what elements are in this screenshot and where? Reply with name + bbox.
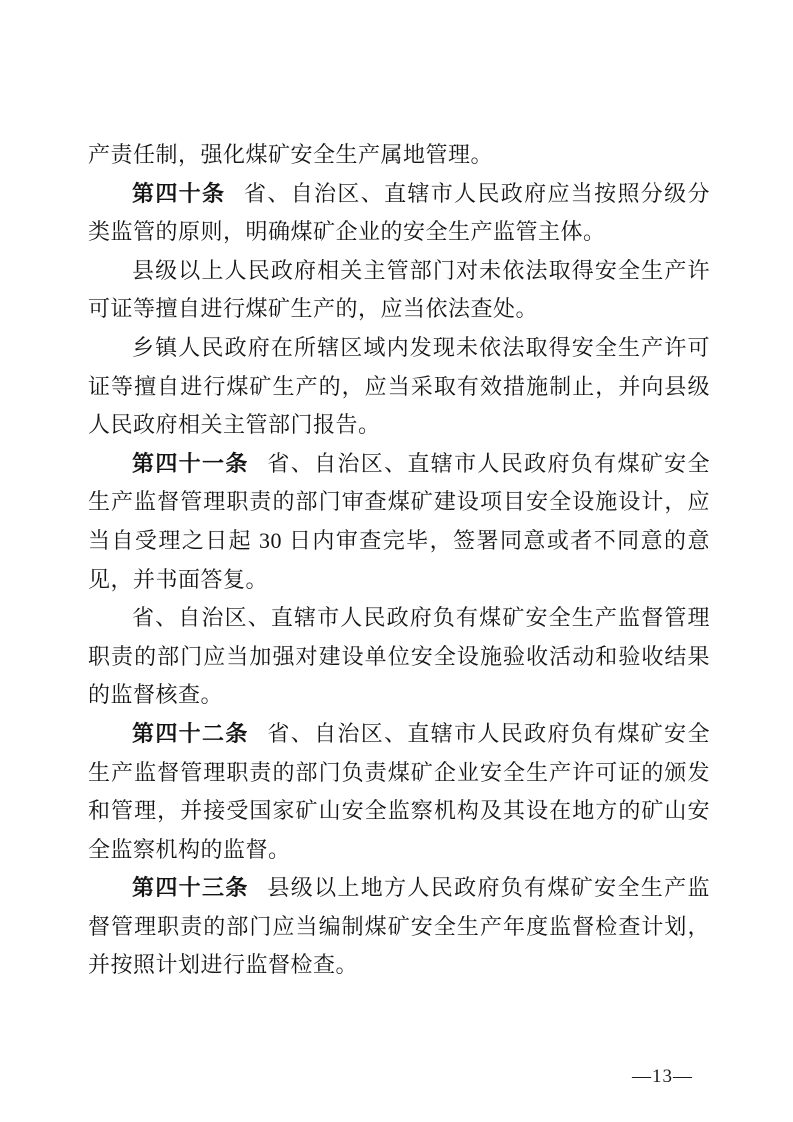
article-42-heading: 第四十二条 [132,721,249,746]
paragraph-article-40-clause-2: 县级以上人民政府相关主管部门对未依法取得安全生产许可证等擅自进行煤矿生产的，应当… [88,252,710,329]
paragraph-article-40-clause-3: 乡镇人民政府在所辖区域内发现未依法取得安全生产许可证等擅自进行煤矿生产的，应当采… [88,329,710,445]
paragraph-article-41: 第四十一条省、自治区、直辖市人民政府负有煤矿安全生产监督管理职责的部门审查煤矿建… [88,445,710,599]
paragraph-text: 乡镇人民政府在所辖区域内发现未依法取得安全生产许可证等擅自进行煤矿生产的，应当采… [88,335,710,437]
article-40-heading: 第四十条 [132,181,225,206]
paragraph-article-42: 第四十二条省、自治区、直辖市人民政府负有煤矿安全生产监督管理职责的部门负责煤矿企… [88,715,710,869]
page-number: —13— [632,1064,693,1090]
paragraph-continuation: 产责任制，强化煤矿安全生产属地管理。 [88,136,710,175]
paragraph-text: 省、自治区、直辖市人民政府负有煤矿安全生产监督管理职责的部门应当加强对建设单位安… [88,605,710,707]
paragraph-article-43: 第四十三条县级以上地方人民政府负有煤矿安全生产监督管理职责的部门应当编制煤矿安全… [88,869,710,985]
paragraph-text: 产责任制，强化煤矿安全生产属地管理。 [88,142,493,167]
article-43-heading: 第四十三条 [132,875,249,900]
document-body: 产责任制，强化煤矿安全生产属地管理。 第四十条省、自治区、直辖市人民政府应当按照… [88,136,710,985]
paragraph-article-41-clause-2: 省、自治区、直辖市人民政府负有煤矿安全生产监督管理职责的部门应当加强对建设单位安… [88,599,710,715]
article-41-heading: 第四十一条 [132,451,249,476]
paragraph-article-40: 第四十条省、自治区、直辖市人民政府应当按照分级分类监管的原则，明确煤矿企业的安全… [88,175,710,252]
document-page: 产责任制，强化煤矿安全生产属地管理。 第四十条省、自治区、直辖市人民政府应当按照… [0,0,793,1122]
paragraph-text: 县级以上人民政府相关主管部门对未依法取得安全生产许可证等擅自进行煤矿生产的，应当… [88,258,710,322]
